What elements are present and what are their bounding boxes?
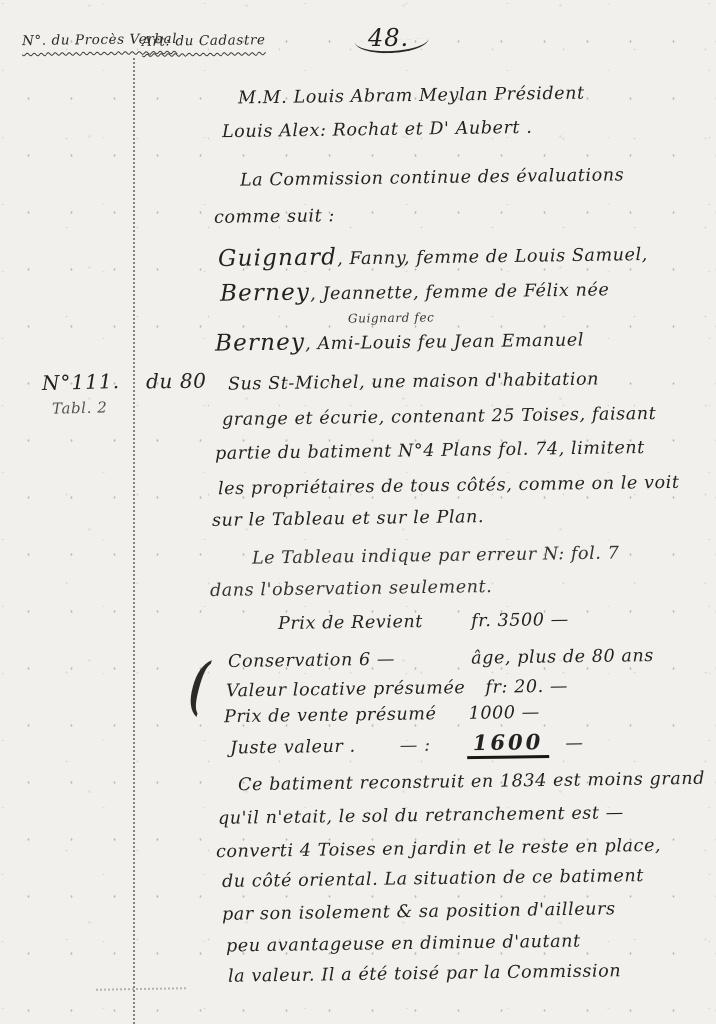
intro-line-2: comme suit :	[214, 206, 335, 228]
note-line-1: Le Tableau indique par erreur N: fol. 7	[252, 543, 620, 568]
manuscript-page: N°. du Procès Verbal Art: du Cadastre 48…	[0, 0, 716, 1024]
attendees-line-2: Louis Alex: Rochat et D' Aubert .	[222, 118, 533, 142]
description-line-5: sur le Tableau et sur le Plan.	[212, 507, 484, 531]
conservation-label: Conservation 6 —	[228, 650, 395, 672]
remarks-line-3: converti 4 Toises en jardin et le reste …	[216, 836, 661, 862]
description-line-1: Sus St-Michel, une maison d'habitation	[228, 369, 599, 394]
remarks-line-2: qu'il n'etait, le sol du retranchement e…	[218, 803, 624, 829]
attendees-line-1: M.M. Louis Abram Meylan Président	[238, 84, 585, 109]
margin-entry-number: N°111.	[42, 369, 121, 395]
owner-interline-correction: Guignard fec	[348, 310, 435, 325]
owner-detail: , Ami-Louis feu Jean Emanuel	[305, 330, 584, 354]
valuation-conservation-row: Conservation 6 — âge, plus de 80 ans	[228, 646, 654, 672]
juste-valeur-label: Juste valeur .	[230, 737, 356, 759]
prix-revient-value: fr. 3500 —	[471, 610, 569, 631]
juste-valeur-dash: —	[565, 734, 583, 754]
description-line-4: les propriétaires de tous côtés, comme o…	[218, 473, 680, 499]
marginal-brace-stroke: (	[184, 647, 212, 724]
valeur-locative-label: Valeur locative présumée	[226, 678, 466, 701]
juste-valeur-value: 1600	[467, 729, 550, 759]
owner-line-2: Berney, Jeannette, femme de Félix née	[220, 275, 610, 306]
juste-valeur-dots: — :	[400, 736, 431, 756]
valeur-locative-value: fr: 20. —	[485, 677, 568, 698]
owner-surname-berney: Berney	[215, 329, 305, 356]
margin-article-ref: du 80	[146, 369, 207, 394]
note-line-2: dans l'observation seulement.	[210, 577, 493, 601]
valuation-juste-valeur-row: Juste valeur . — : 1600 —	[230, 729, 583, 759]
remarks-line-4: du côté oriental. La situation de ce bat…	[222, 866, 644, 892]
owner-surname-guignard: Guignard	[218, 244, 337, 272]
prix-vente-value: 1000 —	[469, 703, 540, 724]
intro-line-1: La Commission continue des évaluations	[240, 165, 624, 190]
remarks-line-7: la valeur. Il a été toisé par la Commiss…	[228, 961, 621, 986]
valuation-valeur-locative-row: Valeur locative présumée fr: 20. —	[226, 677, 568, 702]
prix-vente-label: Prix de vente présumé	[224, 704, 437, 727]
owner-line-1: Guignard, Fanny, femme de Louis Samuel,	[218, 240, 648, 272]
header-cadastre-label: Art: du Cadastre	[142, 32, 266, 50]
margin-table-ref: Tabl. 2	[52, 398, 108, 417]
valuation-prix-revient-row: Prix de Revient fr. 3500 —	[278, 610, 569, 634]
owner-surname-berney: Berney	[220, 279, 310, 306]
remarks-line-6: peu avantageuse en diminue d'autant	[226, 932, 581, 957]
owner-detail: , Fanny, femme de Louis Samuel,	[337, 245, 648, 269]
description-line-2: grange et écurie, contenant 25 Toises, f…	[222, 404, 657, 430]
prix-revient-label: Prix de Revient	[278, 612, 423, 634]
page-number-underline-flourish	[355, 38, 430, 55]
conservation-note: âge, plus de 80 ans	[471, 646, 654, 669]
description-line-3: partie du batiment N°4 Plans fol. 74, li…	[215, 438, 645, 464]
margin-rule-dotted-line	[133, 58, 135, 1024]
scan-smudge	[96, 987, 186, 991]
valuation-prix-vente-row: Prix de vente présumé 1000 —	[224, 703, 540, 727]
remarks-line-1: Ce batiment reconstruit en 1834 est moin…	[238, 769, 705, 796]
owner-line-3: Berney, Ami-Louis feu Jean Emanuel	[215, 325, 584, 356]
owner-detail: , Jeannette, femme de Félix née	[310, 280, 609, 304]
remarks-line-5: par son isolement & sa position d'ailleu…	[222, 899, 616, 924]
